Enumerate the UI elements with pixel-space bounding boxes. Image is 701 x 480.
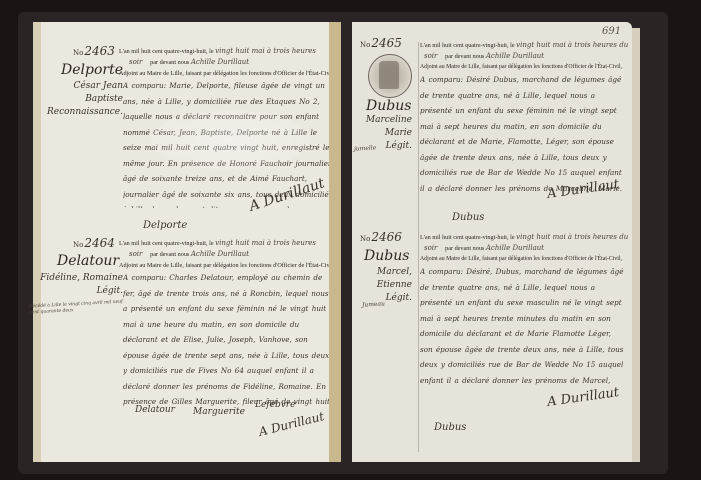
entry-number: No2463: [73, 44, 115, 58]
entry-surname: Delporte: [61, 62, 123, 78]
entry-surname: Dubus: [366, 98, 411, 114]
entry-given-names: Fidéline, Romaine Légit.: [33, 272, 123, 298]
printed-header-line1: L'an mil huit cent quatre-vingt-huit, le…: [119, 238, 316, 249]
declarant-signature: Delatour: [135, 405, 175, 415]
printed-header-line2: soir par devant nous Achille Durillaut: [424, 51, 544, 62]
left-page: No2463 Delporte César Jean Baptiste Reco…: [33, 22, 333, 462]
entry-body: A comparu: Désiré, Dubus, marchand de lé…: [420, 264, 625, 392]
entry-body: A comparu: Charles Delatour, employé au …: [123, 270, 335, 410]
declarant-signature: Dubus: [434, 422, 466, 433]
declarant-signature: Delporte: [143, 220, 187, 231]
margin-rule: [418, 42, 419, 452]
margin-annotation: Jumeau: [362, 301, 385, 308]
printed-header-line1: L'an mil huit cent quatre-vingt-huit, le…: [420, 40, 628, 51]
officer-signature: A Durillaut: [257, 409, 325, 439]
printed-header-line1: L'an mil huit cent quatre-vingt-huit, le…: [420, 232, 628, 243]
declarant-signature: Dubus: [452, 212, 484, 223]
entry-given-names: César Jean Baptiste Reconnaissance.: [33, 80, 123, 119]
margin-annotation: Décédé à Lille le vingt cinq avril mil n…: [29, 300, 124, 317]
margin-annotation: jumelle: [354, 145, 377, 152]
entry-surname: Delatour: [57, 253, 119, 269]
municipal-seal-icon: [368, 54, 412, 98]
right-page: 691 No2465 Dubus Marceline Marie Légit. …: [352, 22, 632, 462]
entry-number: No2464: [73, 236, 115, 250]
witness-signature: Marguerite: [193, 407, 245, 417]
folio-number: 691: [602, 26, 621, 37]
entry-surname: Dubus: [364, 248, 409, 264]
page-edge: [632, 28, 640, 462]
printed-header-line2: soir par devant nous Achille Durillaut: [129, 57, 249, 68]
printed-header-line1: L'an mil huit cent quatre-vingt-huit, le…: [119, 46, 316, 57]
witness-signature: Lefebvre: [255, 400, 295, 410]
entry-number: No2465: [360, 36, 402, 50]
printed-header-line2: soir par devant nous Achille Durillaut: [129, 249, 249, 260]
entry-given-names: Marcel, Etienne Légit.: [352, 266, 412, 305]
entry-number: No2466: [360, 230, 402, 244]
printed-header-line2: soir par devant nous Achille Durillaut: [424, 243, 544, 254]
